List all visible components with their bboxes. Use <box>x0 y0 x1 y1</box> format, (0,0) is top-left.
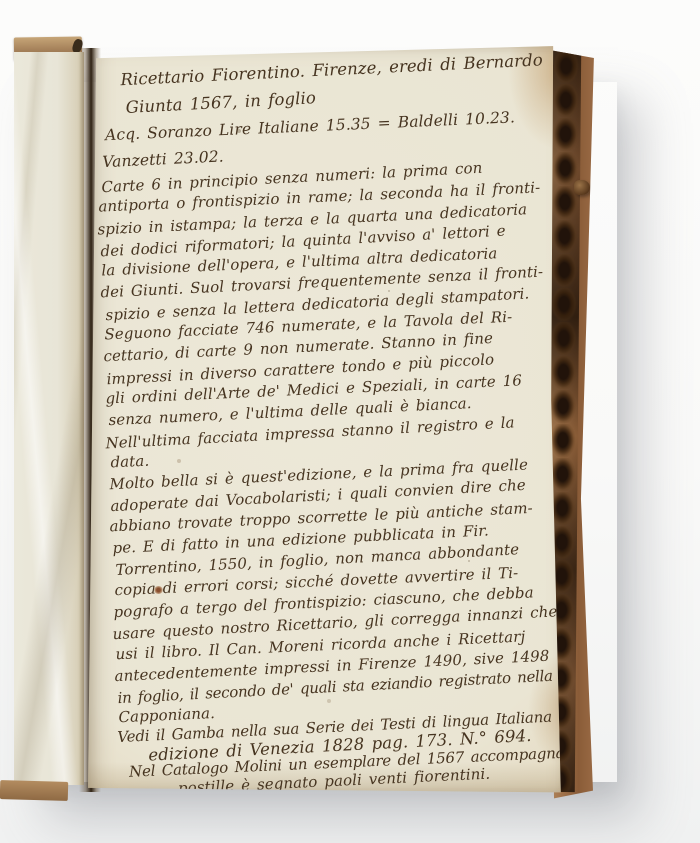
manuscript-text: Ricettario Fiorentino. Firenze, eredi di… <box>104 49 590 799</box>
facing-blank-page <box>14 52 84 785</box>
cover-edge-bottom-left <box>0 780 68 801</box>
paper-specks <box>88 40 90 42</box>
book-photo: Ricettario Fiorentino. Firenze, eredi di… <box>0 0 700 843</box>
ink-flourish <box>439 805 513 832</box>
clasp-stud <box>574 180 590 195</box>
manuscript-page: Ricettario Fiorentino. Firenze, eredi di… <box>88 40 568 800</box>
photo-background: { "palette":{ "bg":"#f9f9f8","paper":"#e… <box>0 0 700 843</box>
